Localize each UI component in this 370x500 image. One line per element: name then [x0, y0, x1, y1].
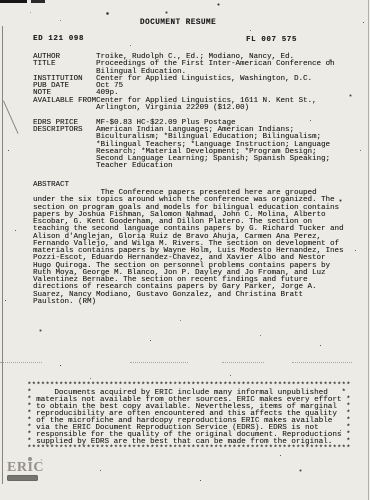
scanned-document-page: DOCUMENT RESUME ED 121 098 FL 007 575 AU… — [0, 0, 370, 500]
clearinghouse-number: FL 007 575 — [246, 37, 297, 44]
field-label: DESCRIPTORS — [33, 127, 96, 134]
abstract-text: The Conference papers presented here are… — [33, 190, 344, 306]
scan-scratch-mark — [3, 101, 19, 134]
field-value: Center for Applied Linguistics, Washingt… — [96, 76, 312, 83]
field-value: Proceedings of the First Inter-American … — [96, 61, 335, 76]
field-row-institution: INSTITUTION Center for Applied Linguisti… — [33, 76, 364, 83]
scan-dotted-line — [222, 362, 264, 363]
scan-artifact-top-dash — [0, 0, 27, 3]
eric-logo-dot-icon — [28, 457, 32, 461]
scan-dotted-line — [130, 362, 188, 363]
edrs-disclaimer-box: ****************************************… — [27, 383, 351, 453]
eric-logo: ° ERIC — [7, 461, 49, 481]
document-resume-title: DOCUMENT RESUME — [0, 20, 356, 27]
field-row-available-from: AVAILABLE FROM Center for Applied Lingui… — [33, 98, 364, 113]
scan-noise-specks — [0, 0, 1, 1]
scan-dotted-line — [292, 362, 352, 363]
field-value: Center for Applied Linguistics, 1611 N. … — [96, 98, 317, 113]
scan-edge-line-left — [2, 26, 3, 484]
eric-logo-registered-mark: ° — [40, 459, 43, 466]
scan-dotted-line — [0, 362, 42, 363]
ed-accession-number: ED 121 098 — [33, 36, 84, 43]
scan-artifact-top-dash-2 — [31, 0, 45, 3]
field-row-title: TITLE Proceedings of the First Inter-Ame… — [33, 61, 364, 76]
eric-logo-banner — [7, 475, 38, 481]
field-row-pub-date: PUB DATE Oct 75 — [33, 83, 364, 90]
field-label: TITLE — [33, 61, 96, 68]
field-value: American Indian Languages; American Indi… — [96, 127, 330, 171]
catalog-fields: AUTHOR Troike, Rudolph C., Ed.; Modiano,… — [33, 54, 364, 171]
field-row-descriptors: DESCRIPTORS American Indian Languages; A… — [33, 127, 364, 171]
field-label: AVAILABLE FROM — [33, 98, 96, 105]
scan-edge-line-right — [368, 0, 369, 500]
